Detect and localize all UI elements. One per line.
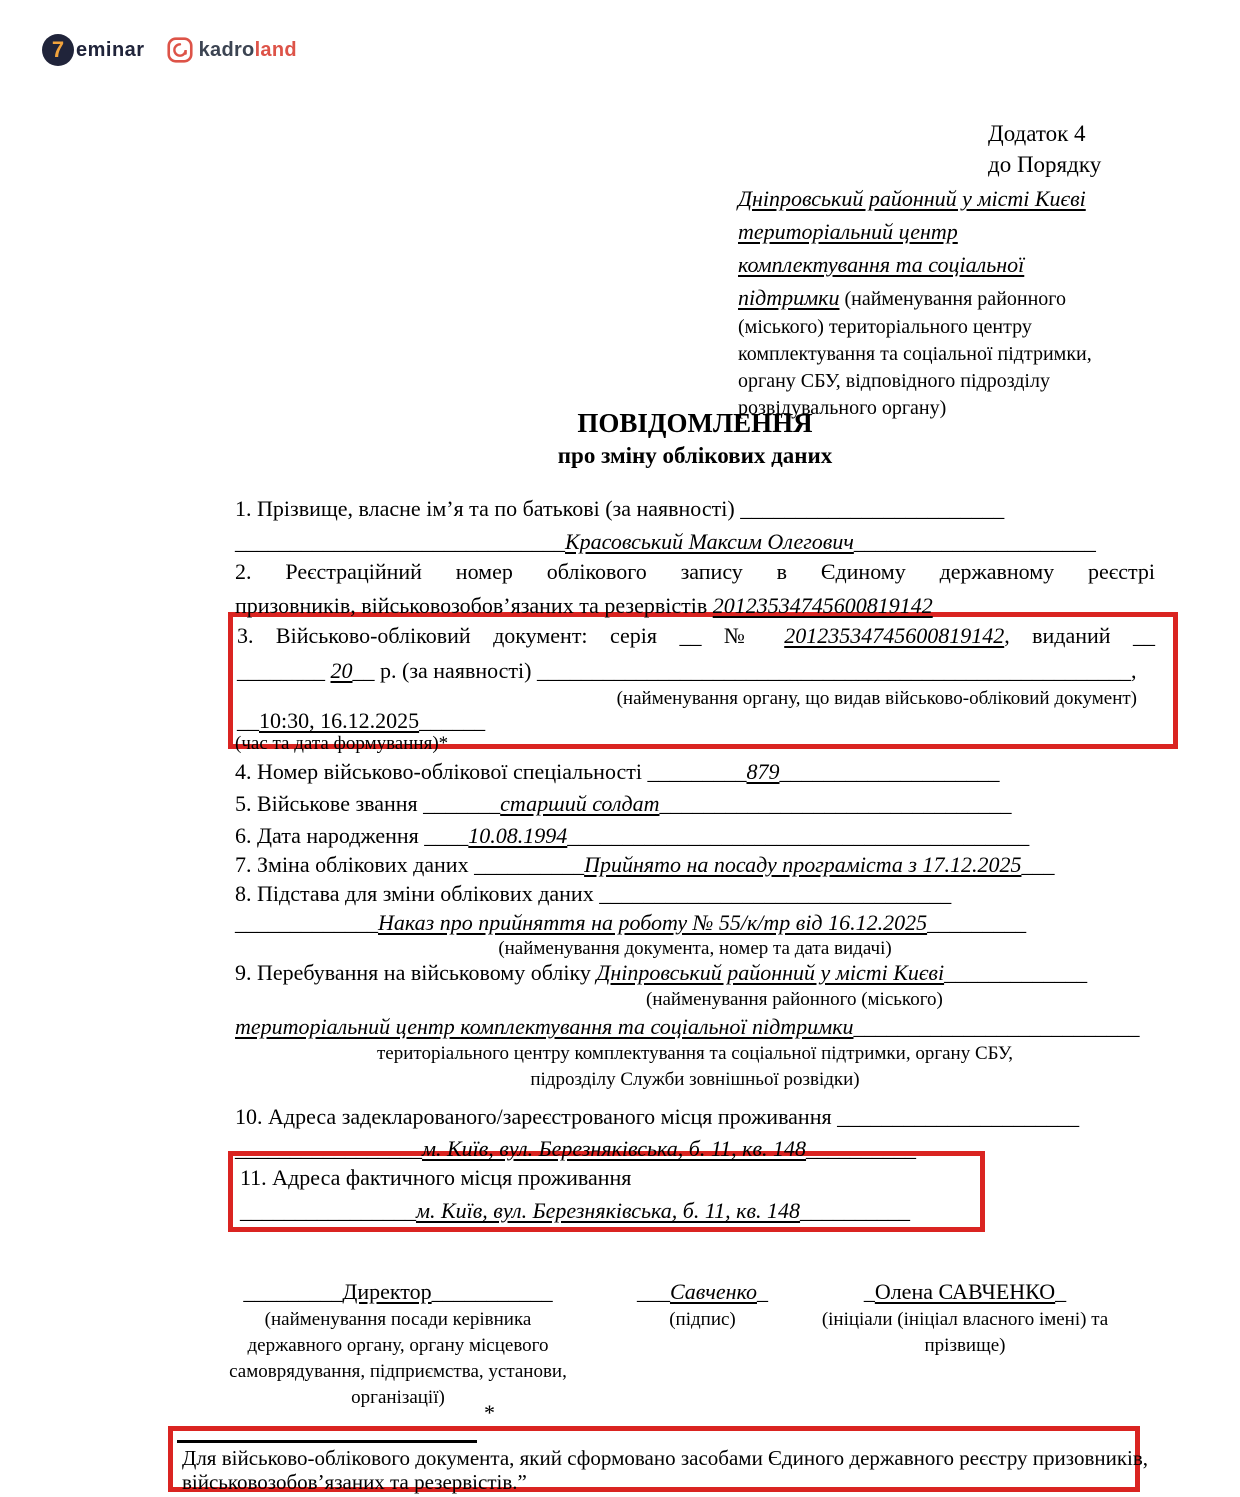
field-4-post-underscores: ____________________ — [780, 759, 1000, 784]
doc-title: ПОВІДОМЛЕННЯ — [235, 408, 1155, 439]
field-8-label-text: 8. Підстава для зміни облікових даних — [235, 881, 599, 906]
field-10-post-underscores: __________ — [806, 1136, 916, 1161]
field-11-actual-address-label: 11. Адреса фактичного місця проживання — [240, 1163, 631, 1193]
tcc-org-caption-inline: (найменування районного — [839, 288, 1066, 310]
field-9-caption1: (найменування районного (міського) — [646, 987, 943, 1012]
footnote-line1: Для військово-облікового документа, який… — [182, 1446, 1148, 1471]
field-6-post-underscores: ________________________________________… — [567, 823, 1029, 848]
field-3-datetime-post: ______ — [419, 708, 485, 733]
field-9-value1: Дніпровський районний у місті Києві — [596, 960, 944, 985]
signature-sign-post: _ — [757, 1279, 768, 1304]
tcc-org-line-4: підтримки (найменування районного — [738, 281, 1188, 316]
field-10-blank: ______________________ — [837, 1104, 1079, 1129]
signature-position-caption: (найменування посади керівника державног… — [218, 1307, 578, 1411]
signature-sign-caption: (підпис) — [615, 1307, 790, 1333]
field-5-label-text: 5. Військове звання — [235, 791, 423, 816]
signature-name-post: _ — [1055, 1279, 1066, 1304]
field-5-value: старший солдат — [500, 791, 659, 816]
field-3-issued-text: , виданий — [1004, 623, 1133, 648]
signature-sign-column: ___Савченко_ (підпис) — [615, 1279, 790, 1333]
signature-position-column: _________Директор___________ (найменуван… — [218, 1279, 578, 1411]
tcc-org-caption-3: органу СБУ, відповідного підрозділу — [738, 368, 1178, 395]
seminar-logo-text: eminar — [76, 39, 145, 62]
field-8-value: Наказ про прийняття на роботу № 55/к/тр … — [378, 910, 927, 935]
field-8-blank: ________________________________ — [599, 881, 951, 906]
tcc-org-line-3: комплектування та соціальної — [738, 248, 1188, 281]
field-10-label-text: 10. Адреса задекларованого/зареєстровано… — [235, 1104, 837, 1129]
brand-logos: 7 eminar kadroland — [42, 34, 297, 66]
field-9-label-text: 9. Перебування на військовому обліку — [235, 960, 596, 985]
field-11-pre-underscores: ________________ — [240, 1198, 416, 1223]
field-1-blank: ________________________ — [740, 496, 1004, 521]
footnote-rule — [177, 1440, 477, 1443]
signature-position-line: _________Директор___________ — [218, 1279, 578, 1305]
kadroland-logo-text: kadroland — [199, 39, 297, 62]
field-1-post-underscores: ______________________ — [854, 529, 1096, 554]
field-4-value: 879 — [747, 759, 780, 784]
appendix-line-1: Додаток 4 — [988, 118, 1101, 149]
signature-name-line: _Олена САВЧЕНКО_ — [815, 1279, 1115, 1305]
field-2-registry-line1: 2. Реєстраційний номер облікового запису… — [235, 559, 1155, 585]
field-9-post2-underscores: __________________________ — [853, 1014, 1139, 1039]
field-6-birthdate-line: 6. Дата народження ____10.08.1994_______… — [235, 821, 1029, 851]
field-10-declared-address-line: 10. Адреса задекларованого/зареєстровано… — [235, 1102, 1079, 1132]
field-2-registry-line2: призовників, військовозобов’язаних та ре… — [235, 591, 933, 621]
field-11-address-value-line: ________________м. Київ, вул. Березняків… — [240, 1196, 910, 1226]
tcc-org-line-1: Дніпровський районний у місті Києві — [738, 182, 1188, 215]
field-11-value: м. Київ, вул. Березняківська, б. 11, кв.… — [416, 1198, 800, 1223]
field-9-post1-underscores: _____________ — [944, 960, 1087, 985]
signature-position-value: Директор — [342, 1279, 431, 1304]
field-3-date-blank: ________ — [237, 658, 331, 683]
appendix-number: Додаток 4 до Порядку — [988, 118, 1101, 180]
field-1-name-label: 1. Прізвище, власне ім’я та по батькові … — [235, 494, 1004, 524]
field-3-series-blank: __ — [679, 623, 701, 648]
kadroland-paperclip-icon — [167, 37, 193, 63]
field-3-formed-datetime: 10:30, 16.12.2025 — [259, 708, 419, 733]
tcc-org-caption-2: комплектування та соціальної підтримки, — [738, 341, 1178, 368]
field-5-rank-line: 5. Військове звання _______старший солда… — [235, 789, 1011, 819]
kadroland-logo: kadroland — [167, 37, 297, 63]
field-3-datetime-caption: (час та дата формування)* — [235, 731, 448, 756]
field-3-year-value: 20 — [331, 658, 353, 683]
field-7-post-underscores: ___ — [1021, 852, 1054, 877]
footnote-line2: військовозобов’язаних та резервістів.” — [182, 1470, 527, 1495]
field-1-pre-underscores: ______________________________ — [235, 529, 565, 554]
field-1-name-value-line: ______________________________Красовськи… — [235, 527, 1096, 557]
field-5-pre-underscores: _______ — [423, 791, 500, 816]
signature-sign-line: ___Савченко_ — [615, 1279, 790, 1305]
field-2-label-text: призовників, військовозобов’язаних та ре… — [235, 593, 713, 618]
signature-name-caption: (ініціали (ініціал власного імені) та пр… — [815, 1307, 1115, 1359]
footnote-asterisk: * — [484, 1398, 495, 1428]
field-3-military-doc-line2: ________ 20__ р. (за наявності) ________… — [237, 656, 1136, 686]
field-9-value2-line: територіальний центр комплектування та с… — [235, 1012, 1139, 1042]
field-9-registration-line: 9. Перебування на військовому обліку Дні… — [235, 958, 1087, 988]
field-1-label-text: 1. Прізвище, власне ім’я та по батькові … — [235, 496, 740, 521]
signature-name-value: Олена САВЧЕНКО — [875, 1279, 1055, 1304]
document-page: 7 eminar kadroland Додаток 4 до Порядку … — [0, 0, 1240, 1497]
field-3-datetime-pre: __ — [237, 708, 259, 733]
tcc-org-line-4-value: підтримки — [738, 285, 839, 310]
field-10-value: м. Київ, вул. Березняківська, б. 11, кв.… — [422, 1136, 806, 1161]
field-3-doc-number: 20123534745600819142 — [784, 623, 1004, 648]
field-4-specialty-line: 4. Номер військово-облікової спеціальнос… — [235, 757, 1000, 787]
signature-name-pre: _ — [864, 1279, 875, 1304]
field-7-change-line: 7. Зміна облікових даних __________Прийн… — [235, 850, 1054, 880]
field-1-value: Красовський Максим Олегович — [565, 529, 854, 554]
signature-position-post: ___________ — [432, 1279, 553, 1304]
field-8-basis-label-line: 8. Підстава для зміни облікових даних __… — [235, 879, 951, 909]
field-8-post-underscores: _________ — [927, 910, 1026, 935]
field-9-caption3: підрозділу Служби зовнішньої розвідки) — [235, 1067, 1155, 1092]
field-3-issued-blank: __ — [1133, 623, 1155, 648]
field-9-value2: територіальний центр комплектування та с… — [235, 1014, 853, 1039]
field-3-label-text: 3. Військово-обліковий документ: серія — [237, 623, 679, 648]
seminar-7-icon: 7 — [42, 34, 74, 66]
tcc-org-caption-1: (міського) територіального центру — [738, 314, 1178, 341]
tcc-org-line-2: територіальний центр — [738, 215, 1188, 248]
field-4-label-text: 4. Номер військово-облікової спеціальнос… — [235, 759, 648, 784]
seminar-logo: 7 eminar — [42, 34, 145, 66]
kadroland-text-red: land — [255, 39, 297, 61]
field-6-pre-underscores: ____ — [424, 823, 468, 848]
signature-sign-value: Савченко — [670, 1279, 757, 1304]
appendix-line-2: до Порядку — [988, 149, 1101, 180]
field-10-address-value-line: _________________м. Київ, вул. Березнякі… — [235, 1134, 916, 1164]
field-8-basis-value-line: _____________Наказ про прийняття на робо… — [235, 908, 1026, 938]
field-10-pre-underscores: _________________ — [235, 1136, 422, 1161]
field-4-pre-underscores: _________ — [648, 759, 747, 784]
tcc-org-caption: (міського) територіального центру компле… — [738, 314, 1178, 422]
tcc-org-name: Дніпровський районний у місті Києві тери… — [738, 182, 1188, 316]
field-3-comma: , — [1131, 658, 1137, 683]
signature-name-column: _Олена САВЧЕНКО_ (ініціали (ініціал влас… — [815, 1279, 1115, 1359]
field-5-post-underscores: ________________________________ — [659, 791, 1011, 816]
doc-subtitle: про зміну облікових даних — [235, 443, 1155, 469]
field-7-label-text: 7. Зміна облікових даних — [235, 852, 474, 877]
field-8-pre-underscores: _____________ — [235, 910, 378, 935]
signature-sign-pre: ___ — [637, 1279, 670, 1304]
field-3-year-suffix: __ р. (за наявності) — [353, 658, 537, 683]
signature-position-pre: _________ — [243, 1279, 342, 1304]
kadroland-text-dark: kadro — [199, 39, 255, 61]
field-3-military-doc-line1: 3. Військово-обліковий документ: серія _… — [237, 623, 1155, 649]
field-6-value: 10.08.1994 — [468, 823, 567, 848]
field-7-value: Прийнято на посаду програміста з 17.12.2… — [584, 852, 1021, 877]
field-6-label-text: 6. Дата народження — [235, 823, 424, 848]
field-3-issuer-blank: ________________________________________… — [537, 658, 1131, 683]
field-11-post-underscores: __________ — [800, 1198, 910, 1223]
field-2-registry-number: 20123534745600819142 — [713, 593, 933, 618]
field-7-pre-underscores: __________ — [474, 852, 584, 877]
field-3-number-sign: № — [701, 623, 784, 648]
field-9-caption2: територіального центру комплектування та… — [235, 1041, 1155, 1066]
